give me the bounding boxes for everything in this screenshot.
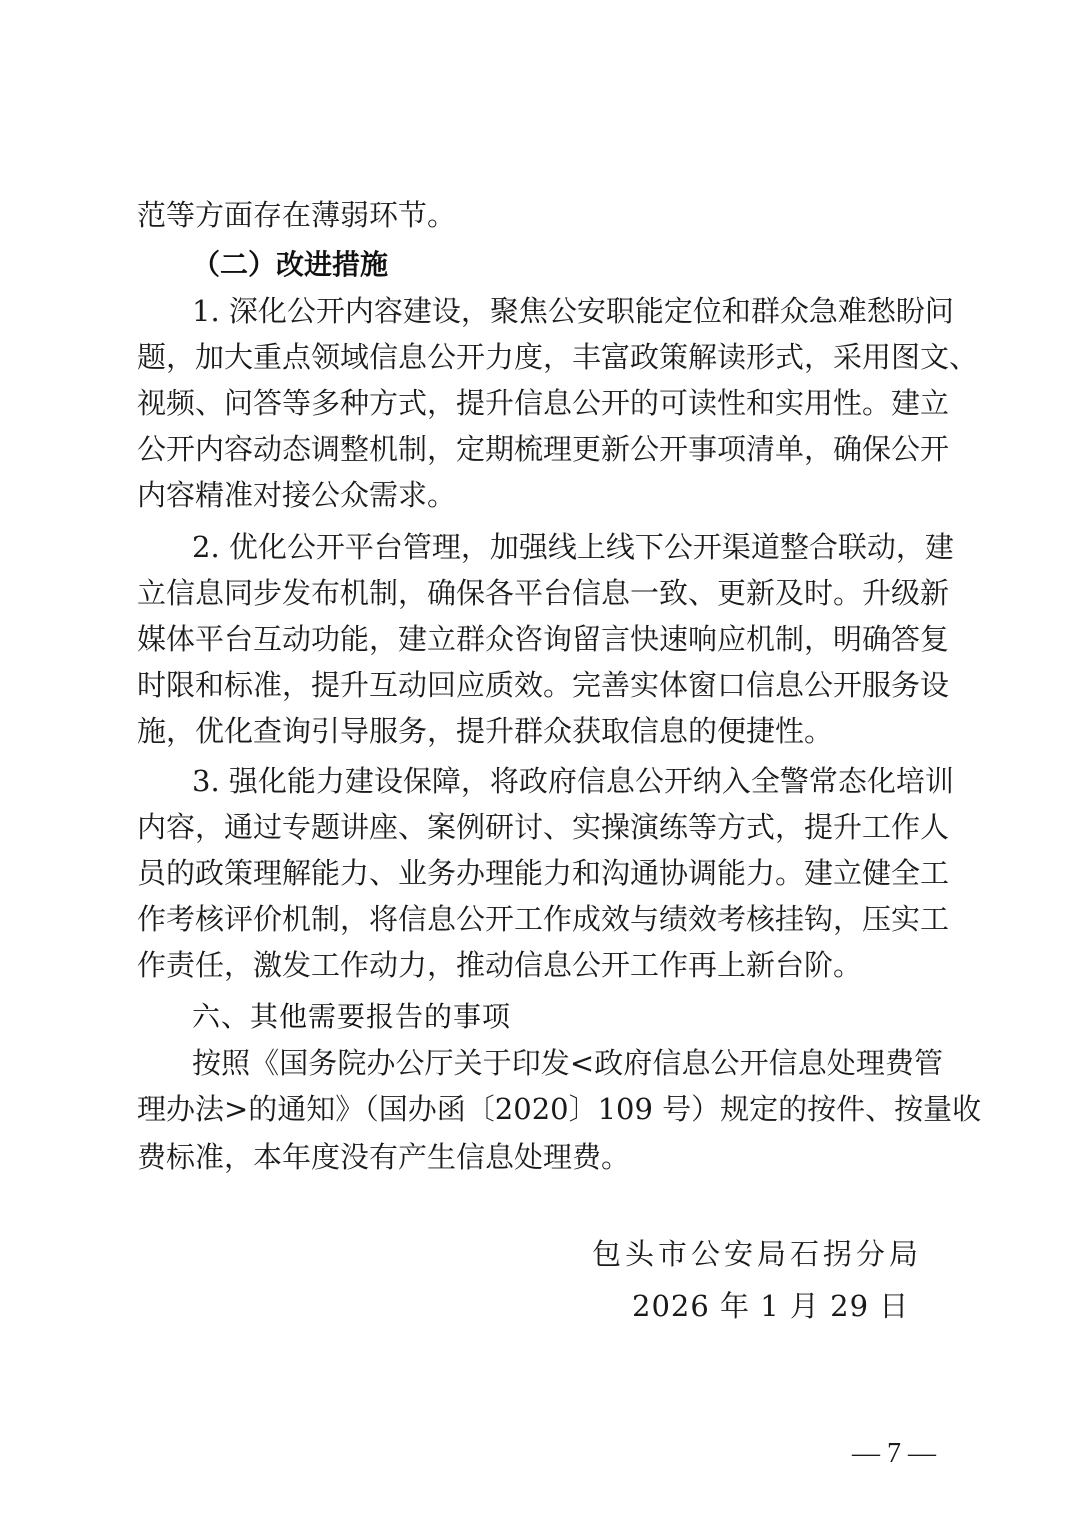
paragraph-line: 作考核评价机制，将信息公开工作成效与绩效考核挂钩，压实工 — [137, 896, 943, 942]
paragraph-line: 内容精准对接公众需求。 — [137, 472, 943, 518]
paragraph-line: 媒体平台互动功能，建立群众咨询留言快速响应机制，明确答复 — [137, 616, 943, 662]
paragraph-line: 2. 优化公开平台管理，加强线上线下公开渠道整合联动，建 — [192, 524, 943, 570]
signature-organization: 包头市公安局石拐分局 — [592, 1232, 922, 1273]
document-page: 范等方面存在薄弱环节。 （二）改进措施 1. 深化公开内容建设，聚焦公安职能定位… — [0, 0, 1074, 1520]
paragraph-line: 作责任，激发工作动力，推动信息公开工作再上新台阶。 — [137, 942, 943, 988]
paragraph-line: 范等方面存在薄弱环节。 — [137, 192, 943, 238]
paragraph-line: 3. 强化能力建设保障，将政府信息公开纳入全警常态化培训 — [192, 758, 943, 804]
paragraph-line: 视频、问答等多种方式，提升信息公开的可读性和实用性。建立 — [137, 380, 943, 426]
paragraph-line: 立信息同步发布机制，确保各平台信息一致、更新及时。升级新 — [137, 570, 943, 616]
paragraph-line: 员的政策理解能力、业务办理能力和沟通协调能力。建立健全工 — [137, 850, 943, 896]
signature-date: 2026 年 1 月 29 日 — [632, 1284, 909, 1325]
subheading-improvement-measures: （二）改进措施 — [192, 242, 388, 288]
paragraph-line: 时限和标准，提升互动回应质效。完善实体窗口信息公开服务设 — [137, 662, 943, 708]
paragraph-line: 理办法>的通知》（国办函〔2020〕109 号）规定的按件、按量收 — [137, 1086, 943, 1132]
page-number: — 7 — — [852, 1438, 936, 1470]
paragraph-line: 费标准，本年度没有产生信息处理费。 — [137, 1134, 943, 1180]
paragraph-line: 1. 深化公开内容建设，聚焦公安职能定位和群众急难愁盼问 — [192, 288, 943, 334]
paragraph-line: 题，加大重点领域信息公开力度，丰富政策解读形式，采用图文、 — [137, 334, 943, 380]
paragraph-line: 施，优化查询引导服务，提升群众获取信息的便捷性。 — [137, 708, 943, 754]
paragraph-line: 公开内容动态调整机制，定期梳理更新公开事项清单，确保公开 — [137, 426, 943, 472]
paragraph-line: 内容，通过专题讲座、案例研讨、实操演练等方式，提升工作人 — [137, 804, 943, 850]
paragraph-line: 按照《国务院办公厅关于印发<政府信息公开信息处理费管 — [192, 1040, 943, 1086]
section-heading-other-matters: 六、其他需要报告的事项 — [192, 994, 511, 1040]
